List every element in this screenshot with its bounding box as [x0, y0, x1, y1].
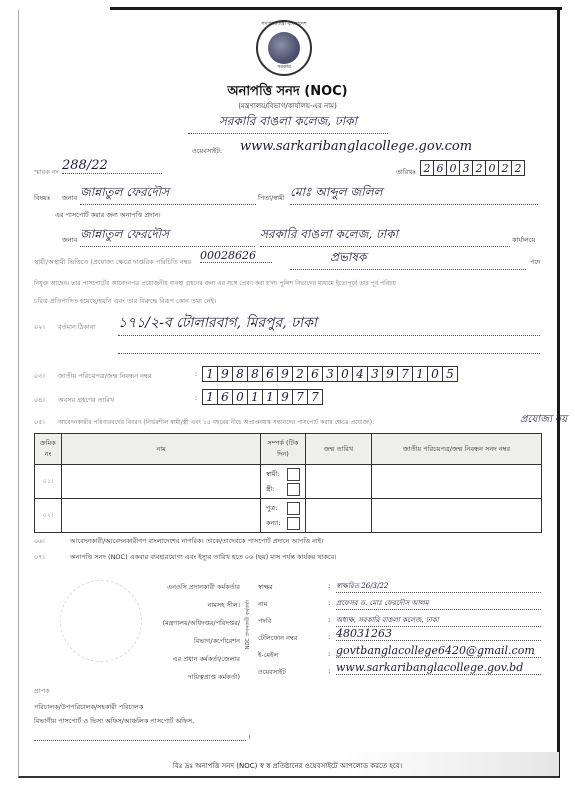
daughter-checkbox[interactable]	[287, 517, 300, 530]
date-label: তারিখঃ	[396, 167, 416, 178]
table-row: ০১। স্বামী: স্ত্রী:	[35, 465, 542, 499]
signatory-row: ওয়েবসাইট:www.sarkaribanglacollege.gov.b…	[258, 663, 548, 680]
date-field: 26032022	[420, 160, 524, 176]
signatory-label: ই-মেইল	[258, 650, 278, 661]
post-suffix: পদে	[530, 257, 540, 268]
note-text: অনাপত্তি সনদ (NOC) একবার ব্যবহারযোগ্য এব…	[70, 552, 336, 563]
office-name: সরকারি বাঙলা কলেজ, ঢাকা	[188, 113, 388, 134]
signatory-value: govtbanglacollege6420@gmail.com	[336, 644, 541, 658]
faded-stamp-icon	[60, 580, 142, 662]
digit-box: 6	[262, 366, 278, 382]
digit-box: 1	[202, 389, 218, 405]
row-serial: ০১।	[35, 465, 62, 499]
digit-box: 8	[247, 366, 263, 382]
digit-box: 6	[433, 160, 447, 176]
digit-box: 3	[459, 160, 473, 176]
relation-label: কন্যা:	[266, 518, 280, 529]
dob-num: ০৪।	[34, 395, 45, 406]
signatory-left-line: (মন্ত্রণালয়/অধিদপ্তর/পরিদপ্তর/	[150, 614, 240, 632]
digit-box: 6	[307, 366, 323, 382]
recipient-line3	[34, 734, 246, 741]
digit-box: 2	[420, 160, 434, 176]
address-label: বর্তমান ঠিকানা	[58, 322, 95, 333]
digit-box: 2	[498, 160, 512, 176]
digit-box: 9	[382, 366, 398, 382]
signatory-value: অধ্যক্ষ, সরকারি বাঙলা কলেজ, ঢাকা	[336, 614, 541, 627]
body-line3: নিযুক্ত আছেন। তার পাসপোর্টের আবেদনপত্র প…	[34, 278, 396, 289]
digit-box: 2	[292, 366, 308, 382]
relation-label: স্বামী:	[266, 469, 280, 480]
father-label: পিতা/স্বামী	[258, 193, 285, 204]
signatory-left-line: এর প্রধান কর্মকর্তা/জেলার	[150, 650, 240, 668]
body-office-suffix: কার্যালয়ে	[512, 235, 535, 246]
wife-checkbox[interactable]	[287, 483, 300, 496]
son-checkbox[interactable]	[287, 502, 300, 515]
digit-box: 3	[367, 366, 383, 382]
subject-mr-label: জনাব	[62, 193, 77, 204]
signatory-value: প্রফেসর ড. মোঃ ফেরদৌস আলম	[336, 597, 541, 610]
signatory-label: টেলিফোন নম্বর	[258, 633, 297, 644]
digit-box: 9	[277, 389, 293, 405]
address-line2	[118, 352, 540, 354]
website-value: www.sarkaribanglacollege.gov.com	[240, 139, 472, 154]
colon: :	[328, 582, 330, 590]
signatory-value: স্বাক্ষরিত 26/3/22	[336, 580, 541, 593]
note-text: আবেদনকারী/আবেদনকারীগণ বাংলাদেশের নাগরিক।…	[70, 536, 324, 547]
digit-box: 0	[337, 366, 353, 382]
colon: :	[328, 616, 330, 624]
row-nid[interactable]	[372, 499, 542, 533]
digit-box: 0	[232, 389, 248, 405]
body-line4: চরিত্র প্রতিপাদিত হয়েছে/হয়নি এবং তার ব…	[34, 296, 216, 307]
colon: :	[328, 599, 330, 607]
row-relation: স্বামী: স্ত্রী:	[261, 465, 306, 499]
digit-box: 7	[292, 389, 308, 405]
subject-line2: এর পাসপোর্ট করার জন্য অনাপত্তি প্রদান।	[55, 210, 161, 221]
address-value: ১৭১/২-ব টোলারবাগ, মিরপুর, ঢাকা	[118, 311, 540, 336]
col-relation: সম্পর্ক (টিক দিন)	[261, 434, 306, 465]
signatory-label: ওয়েবসাইট	[258, 667, 286, 678]
digit-box: 1	[247, 389, 263, 405]
page-subtitle: (মন্ত্রণালয়/বিভাগ/কার্যালয়-এর নাম)	[0, 100, 575, 112]
signatory-value: www.sarkaribanglacollege.gov.bd	[336, 661, 541, 675]
digit-box: 3	[322, 366, 338, 382]
digit-box: 9	[217, 366, 233, 382]
digit-box: 2	[472, 160, 486, 176]
table-row: ০২। পুত্র: কন্যা:	[35, 499, 542, 533]
digit-box: 2	[511, 160, 525, 176]
digit-box: 6	[217, 389, 233, 405]
digit-box: 9	[277, 366, 293, 382]
father-value: মোঃ আব্দুল জলিল	[290, 184, 538, 205]
nid-num: ০৩।	[34, 371, 45, 382]
seal-emblem	[268, 32, 300, 64]
family-handwritten: প্রযোজ্য নয়	[520, 412, 567, 429]
footer-note: বিঃ দ্রঃ অনাপত্তি সনদ (NOC) স্ব স্ব প্রত…	[0, 760, 575, 772]
col-name: নাম	[62, 434, 261, 465]
subject-name: জান্নাতুল ফেরদৌস	[80, 184, 256, 205]
government-seal-icon: গণপ্রজাতন্ত্রী বাংলাদেশ সরকার	[256, 20, 312, 76]
id-number: 00028626	[200, 249, 272, 263]
family-num: ০৫।	[34, 417, 45, 428]
digit-box: 0	[427, 366, 443, 382]
signatory-left-line: দায়িত্বপ্রাপ্ত কর্মকর্তা)	[150, 668, 240, 686]
reference-value: 288/22	[62, 158, 162, 174]
signatory-left-text: এনওসি প্রদানকারী কর্মকর্তারনামসহ সীল।(মন…	[150, 578, 240, 686]
note-num: ০৬।	[34, 536, 45, 547]
reference-label: স্মারক নং	[34, 167, 59, 178]
digit-box: 7	[307, 389, 323, 405]
note-num: ০৭।	[34, 552, 45, 563]
body-name: জান্নাতুল ফেরদৌস	[80, 226, 255, 247]
family-table-header: ক্রমিক নং নাম সম্পর্ক (টিক দিন) জন্ম তার…	[35, 434, 542, 465]
seal-bottom-text: সরকার	[258, 64, 310, 72]
digit-box: 7	[397, 366, 413, 382]
signatory-row: স্বাক্ষর:স্বাক্ষরিত 26/3/22	[258, 578, 548, 595]
husband-checkbox[interactable]	[287, 468, 300, 481]
signatory-label: নাম	[258, 599, 267, 610]
col-dob: জন্ম তারিখ	[306, 434, 372, 465]
nid-label: জাতীয় পরিচয়পত্র/জন্ম নিবন্ধন নম্বর	[58, 371, 151, 382]
col-nid: জাতীয় পরিচয়পত্র/জন্ম নিবন্ধন সনদ নম্বর	[372, 434, 542, 465]
digit-box: 8	[232, 366, 248, 382]
family-label: আবেদনকারীর পরিবারবর্গের বিবরণ (নির্ভরশীল…	[58, 417, 374, 428]
signatory-value: 48031263	[336, 627, 541, 641]
subject-label: বিষয়ঃ	[34, 193, 50, 204]
nid-field: 19886926304397105	[202, 366, 457, 382]
signatory-left-line: নামসহ সীল।	[150, 596, 240, 614]
colon: :	[328, 650, 330, 658]
signatory-left-line: বিভাগ/কর্পোরেশন	[150, 632, 240, 650]
dob-colon: :	[195, 394, 197, 402]
row-name[interactable]	[62, 465, 261, 499]
relation-label: স্ত্রী:	[266, 484, 275, 495]
signatory-label: স্বাক্ষর	[258, 582, 273, 593]
designation: প্রভাষক	[290, 249, 526, 270]
recipient-line3-end: ।	[248, 732, 250, 741]
row-dob[interactable]	[306, 465, 372, 499]
website-label: ওয়েবসাইট:	[192, 146, 222, 157]
address-num: ০২।	[34, 322, 45, 333]
signatory-left-line: এনওসি প্রদানকারী কর্মকর্তার	[150, 578, 240, 596]
body-mr-label: জনাব	[62, 235, 77, 246]
digit-box: 1	[262, 389, 278, 405]
colon: :	[328, 667, 330, 675]
colon: :	[328, 633, 330, 641]
recipient-label: প্রাপক	[34, 686, 50, 697]
recipient-line2: বিভাগীয় পাসপোর্ট ও ভিসা অফিস/আঞ্চলিক পা…	[34, 716, 194, 727]
signatory-rows: স্বাক্ষর:স্বাক্ষরিত 26/3/22নাম:প্রফেসর ড…	[258, 578, 548, 680]
row-dob[interactable]	[306, 499, 372, 533]
nid-colon: :	[195, 370, 197, 378]
body-office: সরকারি বাঙলা কলেজ, ঢাকা	[260, 226, 510, 247]
row-name[interactable]	[62, 499, 261, 533]
digit-box: 4	[352, 366, 368, 382]
body-line2-prefix: স্থায়ী/অস্থায়ী ভিত্তিতে (প্রযোজ্য ক্ষে…	[34, 257, 191, 268]
col-serial: ক্রমিক নং	[35, 434, 62, 465]
vertical-note: NOC প্রদানকারী কর্মকর্তা	[244, 600, 254, 649]
row-relation: পুত্র: কন্যা:	[261, 499, 306, 533]
recipient-line1: পরিচালক/উপপরিচালক/সহকারী পরিচালক	[34, 702, 143, 713]
row-nid[interactable]	[372, 465, 542, 499]
retirement-date-field: 16011977	[202, 389, 322, 405]
family-table: ক্রমিক নং নাম সম্পর্ক (টিক দিন) জন্ম তার…	[34, 433, 542, 533]
digit-box: 0	[485, 160, 499, 176]
digit-box: 0	[446, 160, 460, 176]
dob-label: অবসর গ্রহণের তারিখ	[58, 395, 114, 406]
signatory-row: নাম:প্রফেসর ড. মোঃ ফেরদৌস আলম	[258, 595, 548, 612]
digit-box: 1	[412, 366, 428, 382]
digit-box: 1	[202, 366, 218, 382]
row-serial: ০২।	[35, 499, 62, 533]
signatory-label: পদবি	[258, 616, 271, 627]
seal-top-text: গণপ্রজাতন্ত্রী বাংলাদেশ	[258, 21, 310, 29]
relation-label: পুত্র:	[266, 503, 277, 514]
digit-box: 5	[442, 366, 458, 382]
